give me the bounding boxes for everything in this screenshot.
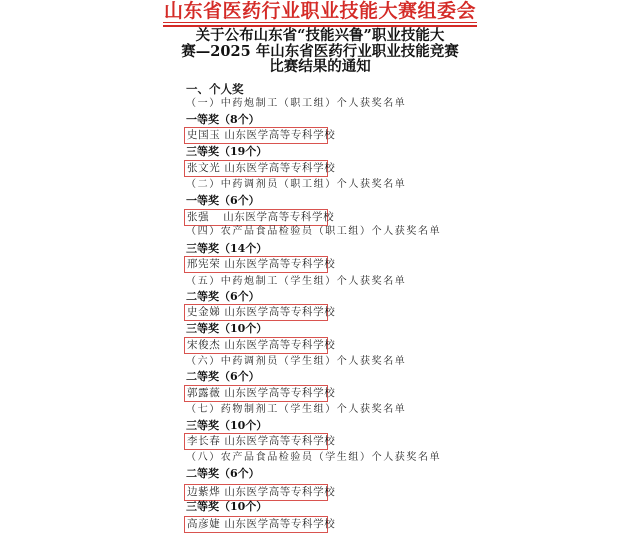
winner-name: 邢宪荣 (187, 258, 220, 270)
winner-entry: 宋俊杰山东医学高等专科学校 (184, 337, 328, 354)
winner-name: 郭露薇 (187, 387, 220, 399)
notice-title-line: 关于公布山东省“技能兴鲁”职业技能大 (170, 28, 470, 44)
notice-title-line: 比赛结果的通知 (170, 59, 470, 75)
winner-entry: 史金娣山东医学高等专科学校 (184, 304, 328, 321)
category-heading: （八）农产品食品检验员（学生组）个人获奖名单 (186, 451, 441, 465)
winner-name: 史金娣 (187, 306, 220, 318)
document-page: 山东省医药行业职业技能大赛组委会 关于公布山东省“技能兴鲁”职业技能大 赛—20… (0, 0, 640, 536)
award-level: 二等奖（6个） (186, 370, 260, 384)
winner-entry: 李长春山东医学高等专科学校 (184, 433, 328, 450)
category-heading: （四）农产品食品检验员（职工组）个人获奖名单 (186, 225, 441, 239)
category-heading: （一）中药炮制工（职工组）个人获奖名单 (186, 97, 406, 111)
category-heading: （六）中药调剂员（学生组）个人获奖名单 (186, 355, 406, 369)
notice-title-line: 赛—2025 年山东省医药行业职业技能竞赛 (170, 44, 470, 60)
category-heading: （七）药物制剂工（学生组）个人获奖名单 (186, 403, 406, 417)
award-level: 二等奖（6个） (186, 290, 260, 304)
winner-school: 山东医学高等专科学校 (224, 258, 335, 270)
winner-school: 山东医学高等专科学校 (224, 129, 335, 141)
notice-title: 关于公布山东省“技能兴鲁”职业技能大 赛—2025 年山东省医药行业职业技能竞赛… (170, 28, 470, 75)
winner-name: 高彦婕 (187, 518, 220, 530)
award-level: 二等奖（6个） (186, 467, 260, 481)
winner-school: 山东医学高等专科学校 (224, 306, 335, 318)
award-level: 三等奖（10个） (186, 322, 267, 336)
category-heading: （二）中药调剂员（职工组）个人获奖名单 (186, 178, 406, 192)
winner-school: 山东医学高等专科学校 (224, 518, 335, 530)
organization-header: 山东省医药行业职业技能大赛组委会 (160, 0, 480, 22)
award-level: 一等奖（8个） (186, 113, 260, 127)
award-level: 三等奖（14个） (186, 242, 267, 256)
winner-entry: 郭露薇山东医学高等专科学校 (184, 385, 328, 402)
section-heading: 一、个人奖 (186, 82, 244, 96)
winner-name: 张文光 (187, 162, 220, 174)
winner-school: 山东医学高等专科学校 (224, 435, 335, 447)
winner-name: 李长春 (187, 435, 220, 447)
award-level: 三等奖（10个） (186, 419, 267, 433)
winner-school: 山东医学高等专科学校 (223, 211, 334, 223)
award-level: 三等奖（10个） (186, 500, 267, 514)
award-level: 三等奖（19个） (186, 145, 267, 159)
winner-entry: 史国玉山东医学高等专科学校 (184, 127, 328, 144)
winner-name: 边紫烨 (187, 486, 220, 498)
award-level: 一等奖（6个） (186, 194, 260, 208)
winner-school: 山东医学高等专科学校 (224, 387, 335, 399)
winner-name: 宋俊杰 (187, 339, 220, 351)
winner-school: 山东医学高等专科学校 (224, 486, 335, 498)
category-heading: （五）中药炮制工（学生组）个人获奖名单 (186, 275, 406, 289)
winner-entry: 张强山东医学高等专科学校 (184, 209, 328, 226)
winner-entry: 张文光山东医学高等专科学校 (184, 160, 328, 177)
winner-name: 史国玉 (187, 129, 220, 141)
header-rule-thin (163, 22, 477, 23)
winner-school: 山东医学高等专科学校 (224, 339, 335, 351)
winner-name: 张强 (187, 211, 209, 223)
winner-entry: 高彦婕山东医学高等专科学校 (184, 516, 328, 533)
winner-school: 山东医学高等专科学校 (224, 162, 335, 174)
winner-entry: 边紫烨山东医学高等专科学校 (184, 484, 328, 501)
winner-entry: 邢宪荣山东医学高等专科学校 (184, 256, 328, 273)
